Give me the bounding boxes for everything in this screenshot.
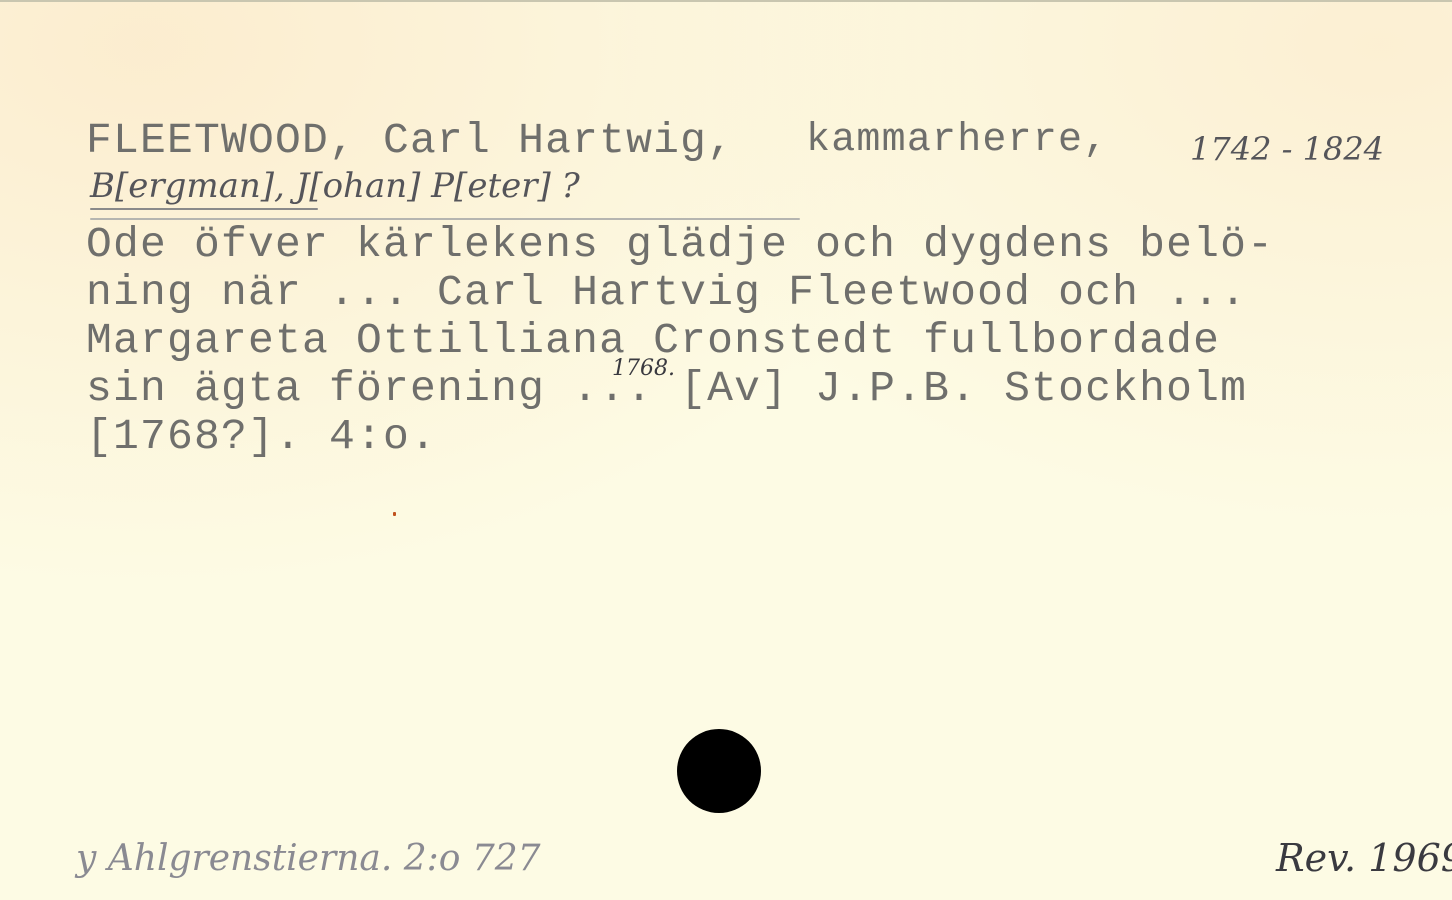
body-line-1: Ode öfver kärlekens glädje och dygdens b…	[86, 222, 1274, 268]
card-top-edge	[0, 0, 1452, 2]
handwritten-author-attribution: B[ergman], J[ohan] P[eter] ?	[90, 166, 580, 206]
body-line-5: [1768?]. 4:o.	[86, 414, 437, 460]
catalog-card: FLEETWOOD, Carl Hartwig, kammarherre, 17…	[0, 0, 1452, 900]
handwritten-revision-note: Rev. 1969	[1276, 836, 1452, 880]
heading-title: kammarherre,	[806, 118, 1108, 164]
handwritten-dates: 1742 - 1824	[1190, 130, 1384, 168]
ink-speck	[393, 512, 396, 516]
handwritten-shelf-note: y Ahlgrenstierna. 2:o 727	[76, 838, 541, 879]
punch-hole	[677, 729, 761, 813]
handwritten-year: 1768.	[612, 356, 675, 381]
attribution-underline	[90, 208, 318, 210]
body-line-2: ning när ... Carl Hartvig Fleetwood och …	[86, 270, 1247, 316]
heading-name: FLEETWOOD, Carl Hartwig,	[86, 118, 734, 164]
